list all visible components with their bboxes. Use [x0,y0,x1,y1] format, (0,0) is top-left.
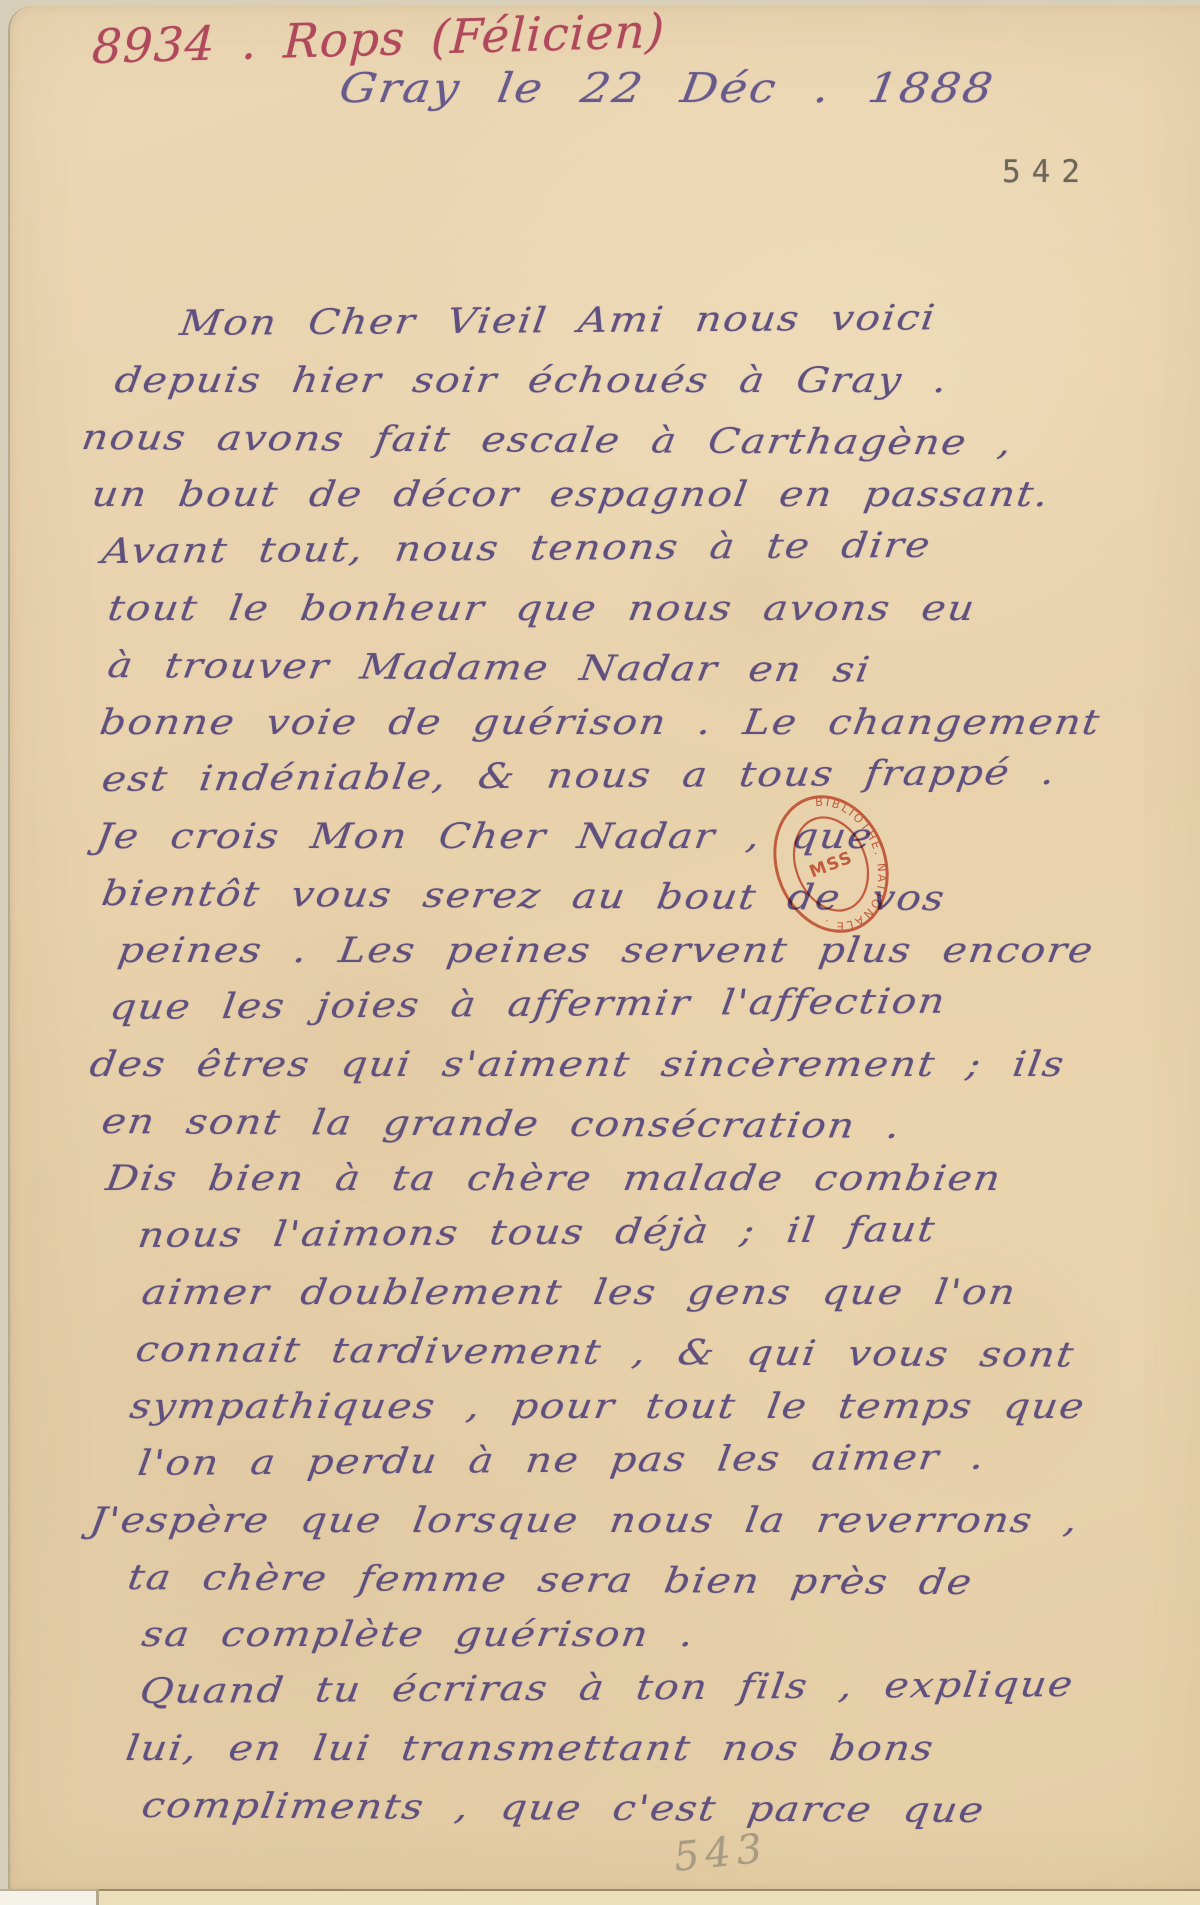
handwritten-line: bonne voie de guérison . Le changement [96,695,1200,752]
handwritten-line: des êtres qui s'aiment sincèrement ; ils [86,1037,1200,1094]
handwritten-line: compliments , que c'est parce que [138,1778,1200,1842]
handwritten-line: l'on a perdu à ne pas les aimer . [134,1427,1200,1493]
handwritten-line: Avant tout, nous tenons à te dire [98,515,1200,581]
date-line: Gray le 22 Déc . 1888 [336,64,998,112]
folio-number-top: 542 [1002,154,1091,190]
folio-number-bottom: 543 [672,1825,771,1881]
next-page-edge [0,1889,1200,1905]
handwritten-line: peines . Les peines servent plus encore [114,923,1200,980]
handwritten-line: J'espère que lorsque nous la reverrons , [86,1493,1200,1550]
handwritten-line: ta chère femme sera bien près de [124,1550,1200,1614]
handwritten-line: depuis hier soir échoués à Gray . [111,353,1200,410]
handwritten-line: sa complète guérison . [138,1607,1200,1664]
handwritten-line: un bout de décor espagnol en passant. [88,467,1200,524]
handwritten-line: sympathiques , pour tout le temps que [126,1379,1200,1436]
handwritten-line: lui, en lui transmettant nos bons [122,1721,1200,1778]
next-page-corner [0,1889,96,1905]
handwritten-line: tout le bonheur que nous avons eu [104,581,1200,638]
handwritten-line: est indéniable, & nous a tous frappé . [98,743,1200,809]
next-page-seam [96,1889,99,1905]
handwritten-line: Mon Cher Vieil Ami nous voici [176,287,1200,353]
handwritten-line: à trouver Madame Nadar en si [104,638,1200,702]
handwritten-line: nous l'aimons tous déjà ; il faut [134,1199,1200,1265]
stamp-center-text: MSS [807,848,856,883]
handwritten-line: Je crois Mon Cher Nadar , que [92,809,1200,866]
handwritten-line: aimer doublement les gens que l'on [138,1265,1200,1322]
handwritten-line: Quand tu écriras à ton fils , explique [136,1655,1200,1721]
letter-body: Mon Cher Vieil Ami nous voici depuis hie… [10,296,1160,1835]
handwritten-line: connait tardivement , & qui vous sont [132,1322,1200,1386]
handwritten-line: bientôt vous serez au bout de vos [98,866,1200,930]
handwritten-line: Dis bien à ta chère malade combien [102,1151,1200,1208]
handwritten-line: nous avons fait escale à Carthagène , [78,410,1200,475]
handwritten-line: en sont la grande consécration . [98,1094,1200,1158]
letter-page: 8934 . Rops (Félicien) Gray le 22 Déc . … [8,6,1200,1890]
handwritten-line: que les joies à affermir l'affection [106,971,1200,1037]
